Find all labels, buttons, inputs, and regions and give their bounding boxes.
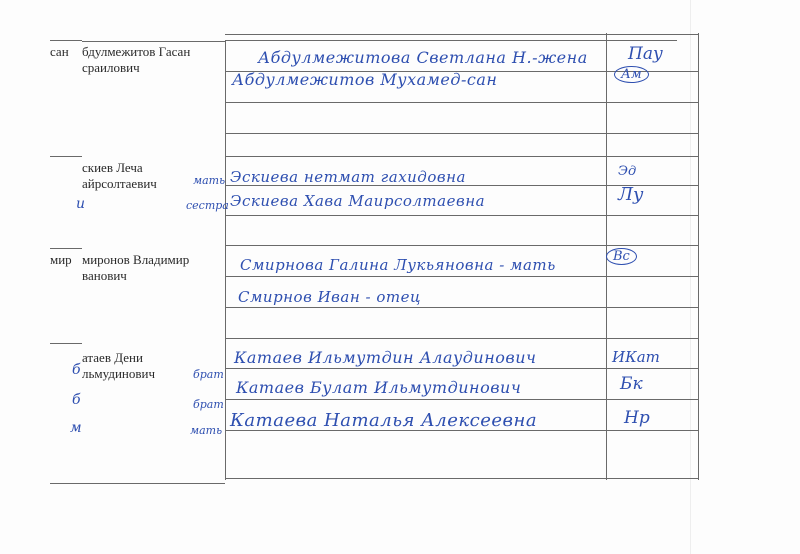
relation-label: брат bbox=[193, 398, 224, 411]
signature: Вс bbox=[606, 248, 637, 265]
relative-entry: Смирнова Галина Лукьяновна - мать bbox=[240, 256, 556, 274]
relative-entry: Эскиева Хава Маирсолтаевна bbox=[230, 192, 485, 210]
person-name-line1: миронов Владимир bbox=[82, 252, 189, 267]
row-line bbox=[225, 368, 699, 369]
relation-label: сестра bbox=[186, 199, 229, 212]
signature: Пау bbox=[628, 44, 663, 64]
person-name-line2: льмудинович bbox=[82, 366, 155, 381]
row-line bbox=[225, 245, 699, 246]
signature: Эд bbox=[618, 164, 636, 179]
relative-entry: Катаева Наталья Алексеевна bbox=[230, 410, 537, 431]
relative-entry: Катаев Булат Ильмутдинович bbox=[236, 378, 521, 397]
row-line bbox=[225, 156, 699, 157]
row-line bbox=[225, 34, 699, 35]
relation-label: мать bbox=[190, 424, 222, 437]
left-mark: м bbox=[70, 420, 82, 436]
table-border bbox=[225, 40, 677, 41]
row-line bbox=[225, 307, 699, 308]
row-line bbox=[225, 276, 699, 277]
relative-entry: Катаев Ильмутдин Алаудинович bbox=[234, 348, 536, 367]
table-border bbox=[50, 40, 82, 41]
left-mark: и bbox=[76, 196, 85, 212]
row-line bbox=[225, 399, 699, 400]
left-cut-text: мир bbox=[50, 252, 72, 267]
row-line bbox=[225, 338, 699, 339]
row-line bbox=[50, 343, 82, 344]
person-name-line1: бдулмежитов Гасан bbox=[82, 44, 190, 59]
person-name-line2: айрсолтаевич bbox=[82, 176, 157, 191]
signature: Ам bbox=[614, 66, 649, 83]
row-line bbox=[225, 133, 699, 134]
row-line bbox=[50, 248, 82, 249]
relation-label: брат bbox=[193, 368, 224, 381]
row-line bbox=[50, 483, 225, 484]
signature: Бк bbox=[620, 374, 643, 394]
signature: ИКат bbox=[612, 348, 660, 366]
row-line bbox=[225, 215, 699, 216]
relative-entry: Смирнов Иван - отец bbox=[238, 288, 421, 306]
table-border bbox=[82, 41, 225, 42]
person-name-line1: скиев Леча bbox=[82, 160, 143, 175]
person-name-line2: ванович bbox=[82, 268, 127, 283]
relative-entry: Абдулмежитова Светлана Н.-жена bbox=[258, 48, 588, 67]
left-mark: б bbox=[72, 392, 81, 408]
signature: Лу bbox=[618, 184, 643, 205]
row-line bbox=[225, 102, 699, 103]
row-line bbox=[225, 478, 699, 479]
relative-entry: Абдулмежитов Мухамед-сан bbox=[232, 70, 497, 89]
relative-entry: Эскиева нетмат гахидовна bbox=[230, 168, 466, 186]
signature: Нр bbox=[624, 408, 650, 428]
person-name-line1: атаев Дени bbox=[82, 350, 143, 365]
column-divider bbox=[698, 33, 699, 480]
row-line bbox=[50, 156, 82, 157]
column-divider bbox=[225, 40, 226, 480]
left-cut-text: сан bbox=[50, 44, 69, 59]
left-mark: б bbox=[72, 362, 81, 378]
person-name-line2: сраилович bbox=[82, 60, 140, 75]
relation-label: мать bbox=[193, 174, 225, 187]
page-edge bbox=[690, 0, 691, 554]
